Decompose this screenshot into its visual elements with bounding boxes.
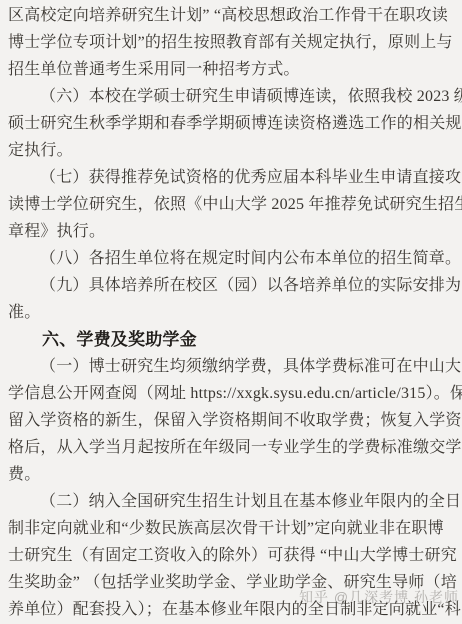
document-page: 区高校定向培养研究生计划” “高校思想政治工作骨干在职攻读 博士学位专项计划”的… — [0, 0, 462, 624]
doc-line: 费。 — [8, 461, 452, 488]
doc-line: 招生单位普通考生采用同一种招考方式。 — [8, 56, 452, 83]
doc-line-item-1: （一）博士研究生均须缴纳学费，具体学费标准可在中山大 — [8, 353, 452, 380]
doc-line: 区高校定向培养研究生计划” “高校思想政治工作骨干在职攻读 — [8, 2, 452, 29]
doc-line: 制非定向就业和“少数民族高层次骨干计划”定向就业非在职博 — [8, 515, 452, 542]
doc-line: 士研究生（有固定工资收入的除外）可获得 “中山大学博士研究 — [8, 542, 452, 569]
section-heading-tuition-and-scholarships: 六、学费及奖助学金 — [8, 326, 452, 353]
doc-line-item-9: （九）具体培养所在校区（园）以各培养单位的实际安排为 — [8, 272, 452, 299]
doc-line: 章程》执行。 — [8, 218, 452, 245]
document-text-block: 区高校定向培养研究生计划” “高校思想政治工作骨干在职攻读 博士学位专项计划”的… — [8, 2, 452, 623]
doc-line: 留入学资格的新生，保留入学资格期间不收取学费；恢复入学资 — [8, 407, 452, 434]
doc-line-item-2: （二）纳入全国研究生招生计划且在基本修业年限内的全日 — [8, 488, 452, 515]
doc-line: 定执行。 — [8, 137, 452, 164]
doc-line-with-url: 学信息公开网查阅（网址 https://xxgk.sysu.edu.cn/art… — [8, 380, 452, 407]
doc-line-item-8: （八）各招生单位将在规定时间内公布本单位的招生简章。 — [8, 245, 452, 272]
doc-line: 格后，从入学当月起按所在年级同一专业学生的学费标准缴交学 — [8, 434, 452, 461]
doc-line: 读博士学位研究生，依照《中山大学 2025 年推荐免试研究生招生 — [8, 191, 452, 218]
doc-line: 准。 — [8, 299, 452, 326]
doc-line-item-6: （六）本校在学硕士研究生申请硕博连读，依照我校 2023 级 — [8, 83, 452, 110]
doc-line: 硕士研究生秋季学期和春季学期硕博连读资格遴选工作的相关规 — [8, 110, 452, 137]
zhihu-watermark: 知乎 @几深考博 孙老师 — [299, 588, 459, 606]
doc-line: 博士学位专项计划”的招生按照教育部有关规定执行，原则上与 — [8, 29, 452, 56]
doc-line-item-7: （七）获得推荐免试资格的优秀应届本科毕业生申请直接攻 — [8, 164, 452, 191]
